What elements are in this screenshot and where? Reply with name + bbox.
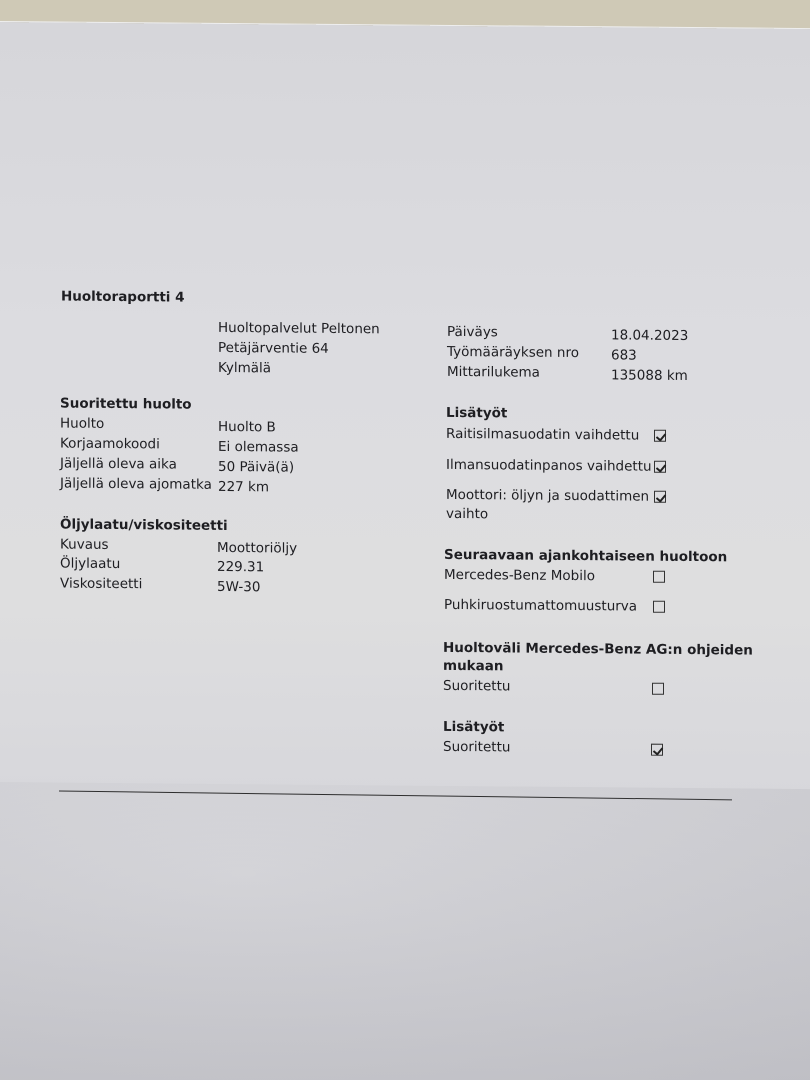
- divider-line: [59, 791, 732, 801]
- air-filter-checkbox[interactable]: [654, 461, 666, 473]
- oil-heading: Öljylaatu/viskositeetti: [60, 516, 228, 536]
- service-section: Suoritettu huolto Huolto Huolto B Korjaa…: [0, 22, 810, 29]
- extra-work-heading: Lisätyöt: [446, 404, 507, 424]
- workshop-street: Petäjärventie 64: [218, 339, 329, 359]
- interval-done-label: Suoritettu: [443, 677, 510, 697]
- remaining-distance-label: Jäljellä oleva ajomatka: [60, 475, 212, 495]
- workshop-address: Huoltopalvelut Peltonen Petäjärventie 64…: [0, 22, 810, 29]
- remaining-distance-value: 227 km: [218, 478, 269, 497]
- workshop-code-value: Ei olemassa: [218, 438, 299, 458]
- order-number-value: 683: [611, 346, 637, 365]
- rust-warranty-checkbox[interactable]: [653, 601, 665, 613]
- remaining-time-value: 50 Päivä(ä): [218, 458, 294, 478]
- mobilo-checkbox[interactable]: [653, 571, 665, 583]
- odometer-value: 135088 km: [611, 366, 688, 386]
- interval-section: Huoltoväli Mercedes-Benz AG:n ohjeiden m…: [0, 22, 810, 29]
- date-value: 18.04.2023: [611, 326, 688, 346]
- report-meta: Päiväys 18.04.2023 Työmääräyksen nro 683…: [0, 22, 810, 29]
- date-label: Päiväys: [447, 323, 498, 342]
- oil-description-value: Moottoriöljy: [217, 539, 297, 559]
- cabin-filter-label: Raitisilmasuodatin vaihdettu: [446, 425, 639, 446]
- workshop-code-label: Korjaamokoodi: [60, 435, 160, 455]
- air-filter-label: Ilmansuodatinpanos vaihdettu: [446, 456, 652, 477]
- oil-change-label-line2: vaihto: [446, 505, 488, 524]
- remaining-time-label: Jäljellä oleva aika: [60, 455, 177, 475]
- cabin-filter-checkbox[interactable]: [654, 430, 666, 442]
- viscosity-value: 5W-30: [217, 578, 260, 597]
- oil-section: Öljylaatu/viskositeetti Kuvaus Moottoriö…: [0, 22, 810, 29]
- rust-warranty-label: Puhkiruostumattomuusturva: [444, 596, 637, 617]
- mobilo-label: Mercedes-Benz Mobilo: [444, 566, 595, 586]
- order-number-label: Työmääräyksen nro: [447, 343, 579, 363]
- odometer-label: Mittarilukema: [447, 363, 540, 383]
- extra-work-done-checkbox[interactable]: [651, 744, 663, 756]
- workshop-city: Kylmälä: [218, 359, 271, 378]
- service-label: Huolto: [60, 415, 104, 434]
- extra-work-done-label: Suoritettu: [443, 738, 510, 758]
- extra-work-done-section: Lisätyöt Suoritettu: [0, 22, 810, 29]
- next-service-section: Seuraavaan ajankohtaiseen huoltoon Merce…: [0, 22, 810, 29]
- interval-heading-line2: mukaan: [443, 657, 504, 677]
- interval-done-checkbox[interactable]: [652, 683, 664, 695]
- workshop-name: Huoltopalvelut Peltonen: [218, 319, 380, 339]
- oil-change-checkbox[interactable]: [654, 491, 666, 503]
- service-value: Huolto B: [218, 418, 276, 438]
- service-heading: Suoritettu huolto: [60, 395, 192, 415]
- next-service-heading: Seuraavaan ajankohtaiseen huoltoon: [444, 546, 727, 567]
- oil-description-label: Kuvaus: [60, 536, 109, 555]
- oil-grade-value: 229.31: [217, 558, 264, 577]
- oil-grade-label: Öljylaatu: [60, 555, 120, 575]
- report-title: Huoltoraportti 4: [61, 288, 185, 308]
- viscosity-label: Viskositeetti: [60, 575, 142, 595]
- oil-change-label-line1: Moottori: öljyn ja suodattimen: [446, 486, 649, 507]
- extra-work-done-heading: Lisätyöt: [443, 718, 504, 738]
- paper-sheet: Huoltoraportti 4 Huoltopalvelut Peltonen…: [0, 22, 810, 1080]
- extra-work-section: Lisätyöt Raitisilmasuodatin vaihdettu Il…: [0, 22, 810, 29]
